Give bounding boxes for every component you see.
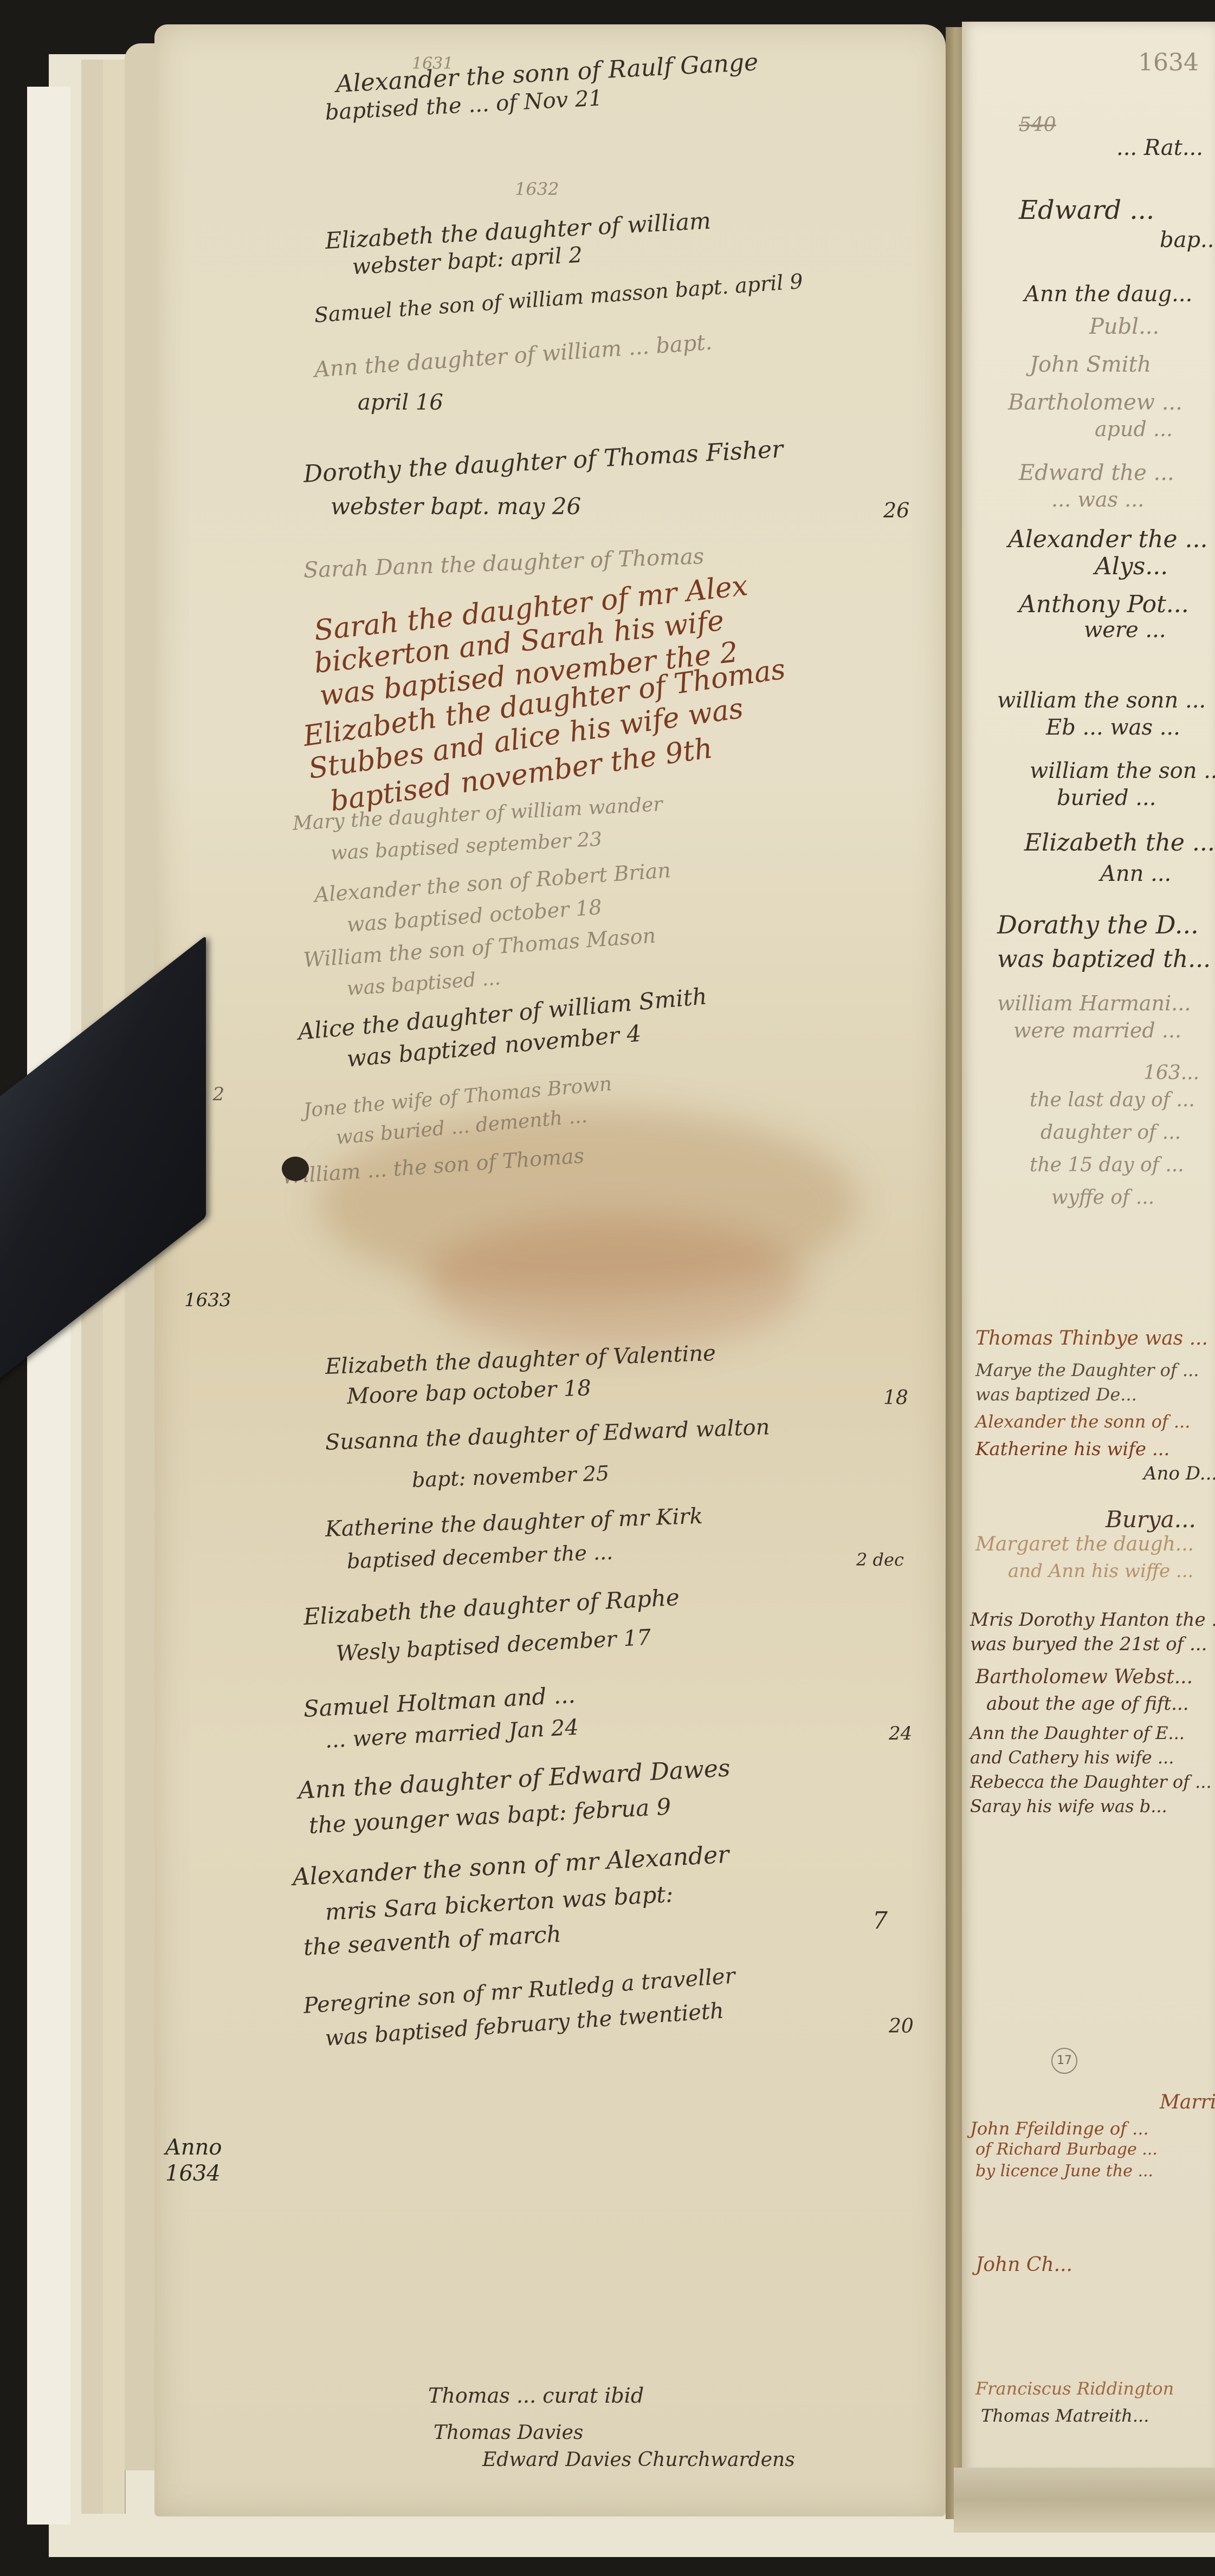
margin-date: 2 dec <box>856 1549 904 1570</box>
year-marker-anno-1634: Anno 1634 <box>165 2134 230 2186</box>
fragment: bap... <box>1160 228 1215 252</box>
fragment: Margaret the daugh... <box>975 1533 1194 1555</box>
fragment: Alexander the ... <box>1008 525 1208 553</box>
folio-number: 17 <box>1051 2048 1077 2074</box>
right-page-text: 1634 540 ... Rat... Edward ... bap... An… <box>965 22 1215 2476</box>
fragment: 163... <box>1143 1062 1199 1084</box>
fragment: Mris Dorothy Hanton the ... <box>970 1609 1215 1631</box>
fragment: were ... <box>1084 618 1166 643</box>
entry-line: webster bapt. may 26 <box>331 493 581 520</box>
entry-line: april 16 <box>358 390 443 415</box>
fragment: buried ... <box>1057 786 1156 810</box>
fragment: John Ffeildinge of ... <box>970 2118 1149 2139</box>
fragment: Eb ... was ... <box>1046 715 1180 740</box>
fragment: Marye the Daughter of ... <box>975 1360 1199 1380</box>
fragment: Saray his wife was b... <box>970 1796 1167 1816</box>
fragment: John Smith <box>1030 352 1151 377</box>
ink-blot <box>282 1157 309 1181</box>
page-stack-bottom <box>954 2468 1215 2533</box>
year-marker-1633: 1633 <box>184 1289 231 1311</box>
fragment: Alexander the sonn of ... <box>975 1411 1190 1432</box>
signature-churchwarden: Thomas Davies <box>434 2422 583 2444</box>
fragment: Alys... <box>1095 553 1168 580</box>
fragment: was buryed the 21st of ... <box>970 1633 1207 1655</box>
fragment: daughter of ... <box>1040 1121 1181 1144</box>
signature: Franciscus Riddington <box>975 2378 1174 2399</box>
water-stain <box>425 1216 805 1352</box>
fragment: and Ann his wiffe ... <box>1008 1560 1193 1582</box>
fragment: william the son ... <box>1030 758 1215 783</box>
fragment: ... Rat... <box>1116 135 1203 160</box>
fragment: wyffe of ... <box>1051 1186 1154 1209</box>
fragment: Rebecca the Daughter of ... <box>970 1772 1212 1792</box>
fragment: of Richard Burbage ... <box>975 2140 1158 2159</box>
margin-date: 18 <box>883 1387 908 1409</box>
fragment: Edward ... <box>1019 195 1154 225</box>
signature-churchwarden: Edward Davies Churchwardens <box>482 2449 795 2471</box>
signature: Thomas Matreith... <box>981 2405 1149 2426</box>
fragment: Publ... <box>1089 314 1159 339</box>
fragment: was baptized De... <box>975 1384 1137 1405</box>
fragment: ... was ... <box>1051 488 1144 511</box>
margin-date: 24 <box>889 1723 912 1744</box>
fragment: the 15 day of ... <box>1030 1154 1184 1176</box>
fragment: and Cathery his wife ... <box>970 1747 1174 1768</box>
fragment: Anthony Pot... <box>1019 591 1189 618</box>
fragment: was baptized th... <box>997 945 1211 973</box>
fragment: the last day of ... <box>1030 1089 1195 1111</box>
fragment: were married ... <box>1013 1018 1181 1042</box>
margin-date: 20 <box>889 2015 914 2038</box>
signature: John Ch... <box>975 2254 1072 2276</box>
page-year-header: 1634 <box>1138 49 1199 76</box>
fragment: Ann the Daughter of E... <box>970 1723 1185 1743</box>
fragment: apud ... <box>1095 417 1173 441</box>
fragment: Ann the daug... <box>1024 282 1192 307</box>
fragment: by licence June the ... <box>975 2162 1153 2181</box>
fragment: Elizabeth the ... <box>1024 829 1215 856</box>
fragment: Ano D... <box>1143 1463 1215 1484</box>
fragment: Edward the ... <box>1019 460 1174 485</box>
fragment: Bartholomew Webst... <box>975 1666 1193 1688</box>
struck-number: 540 <box>1019 114 1056 136</box>
margin-date: 7 <box>873 1907 888 1935</box>
fragment: william Harmani... <box>997 991 1191 1015</box>
fragment: Dorathy the D... <box>997 910 1199 939</box>
fragment: william the sonn ... <box>997 688 1206 713</box>
burials-heading: Burya... <box>1106 1506 1196 1533</box>
margin-date: 26 <box>883 498 909 522</box>
date-heading: 1632 <box>515 179 559 199</box>
fragment: Ann ... <box>1100 861 1171 886</box>
marriages-heading: Marri... <box>1160 2091 1215 2113</box>
fragment: Bartholomew ... <box>1008 390 1182 415</box>
fragment: Katherine his wife ... <box>975 1438 1169 1460</box>
signature-curate: Thomas ... curat ibid <box>428 2384 644 2408</box>
fragment: about the age of fift... <box>986 1693 1189 1715</box>
left-page <box>154 24 946 2516</box>
fragment: Thomas Thinbye was ... <box>975 1327 1208 1349</box>
